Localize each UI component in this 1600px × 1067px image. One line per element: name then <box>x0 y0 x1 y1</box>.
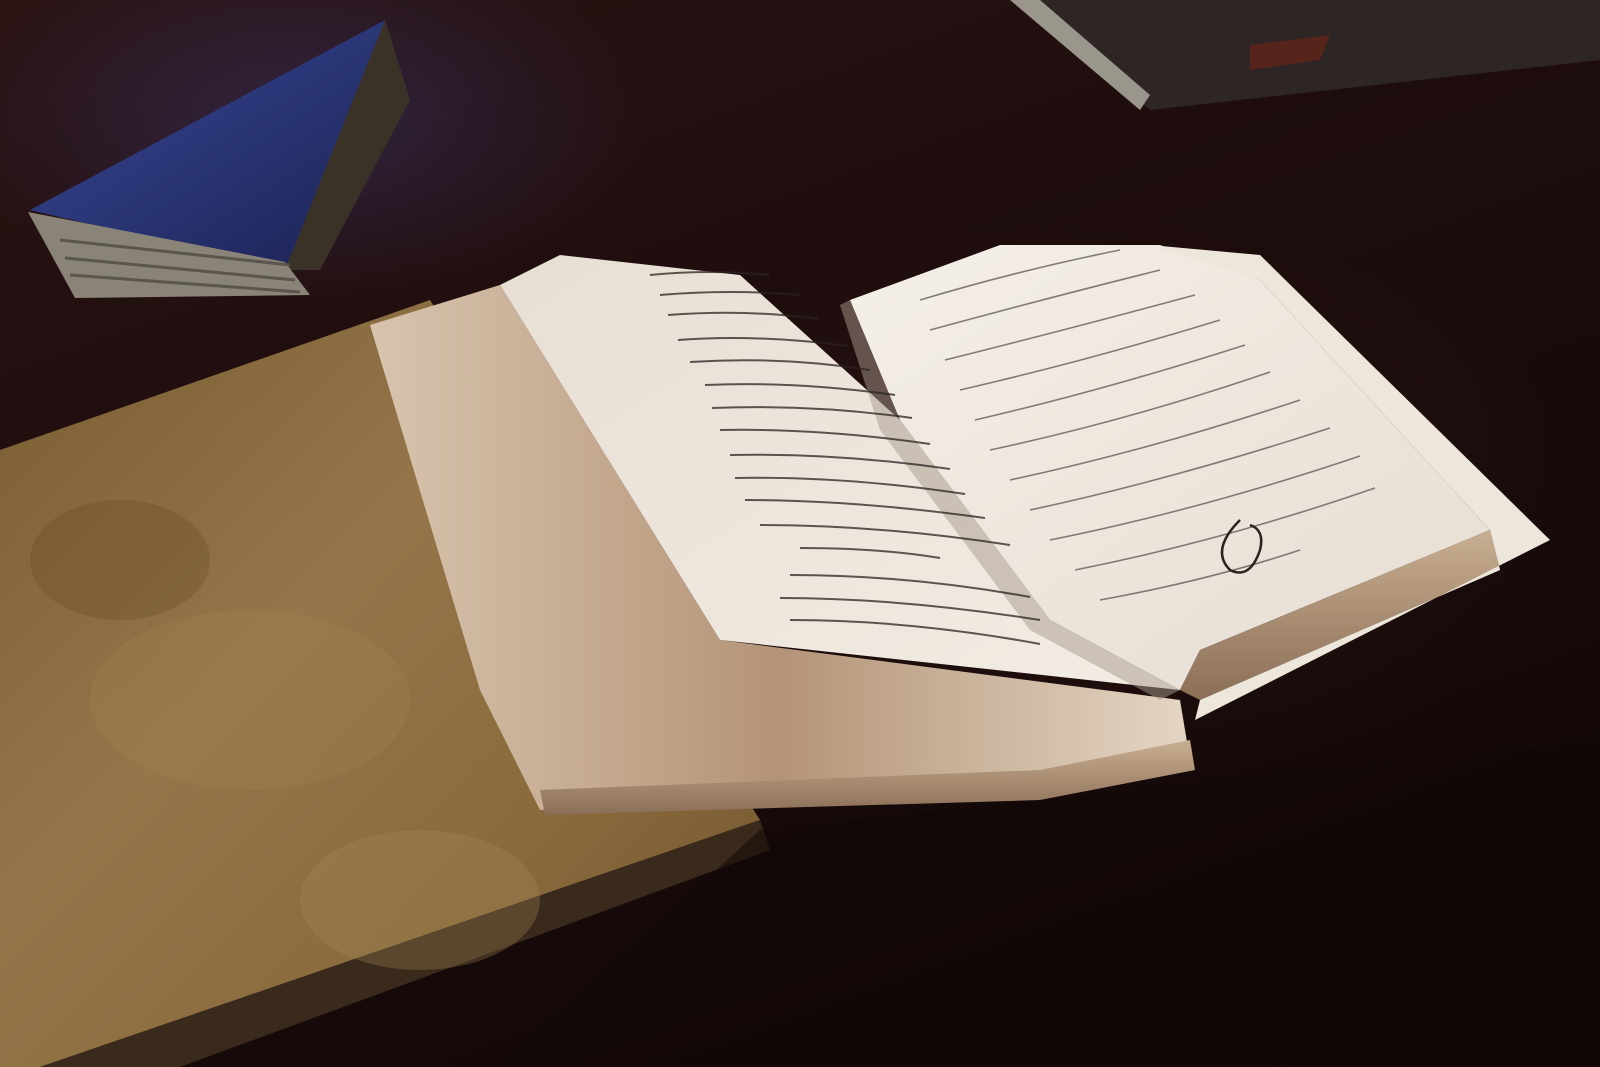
scene-illustration <box>0 0 1600 1067</box>
photo-scene: Antique handwritten manuscript book open… <box>0 0 1600 1067</box>
top-right-book <box>1010 0 1600 110</box>
blue-book <box>28 20 410 298</box>
open-manuscript <box>370 245 1550 815</box>
